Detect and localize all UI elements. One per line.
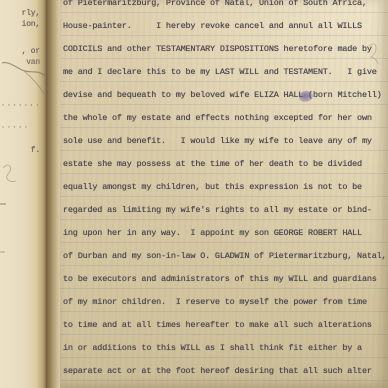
typed-line: regarded as limiting my wife's rights to… — [63, 199, 388, 222]
previous-page-text-fragment: ion, — [22, 20, 40, 29]
typed-line: in or additions to this WILL as I shall … — [63, 337, 388, 360]
typed-text-block: of Pietermaritzburg, Province of Natal, … — [63, 0, 388, 383]
page-edge-mark — [0, 203, 6, 205]
previous-page-text-fragment: , or — [22, 47, 40, 56]
will-page: of Pietermaritzburg, Province of Natal, … — [60, 0, 388, 388]
typed-line: separate act or at the foot hereof desir… — [63, 360, 388, 383]
typed-line: CODICILS and other TESTAMENTARY DISPOSIT… — [63, 38, 388, 61]
typed-line: ing upon her in any way. I appoint my so… — [63, 222, 388, 245]
typed-line: of Pietermaritzburg, Province of Natal, … — [63, 0, 388, 15]
scanned-will-document-photo: rly, ion, , or van ······· ····· f. of P… — [0, 0, 388, 388]
typed-line: of Durban and my son-in-law O. GLADWIN o… — [63, 245, 388, 268]
typed-line: to be executors and administrators of th… — [63, 268, 388, 291]
dotted-leader: ····· — [1, 124, 30, 132]
page-edge-mark — [0, 251, 5, 253]
previous-page-text-fragment: rly, — [22, 9, 40, 18]
typed-line: the whole of my estate and effects nothi… — [63, 107, 388, 130]
previous-page-text-fragment: f. — [31, 146, 40, 155]
typed-line: estate she may possess at the time of he… — [63, 153, 388, 176]
previous-page-edge: rly, ion, , or van ······· ····· f. — [0, 0, 46, 388]
previous-page-text-fragment: van — [26, 58, 40, 67]
typed-line: of my minor children. I reserve to mysel… — [63, 291, 388, 314]
dotted-leader: ······· — [1, 102, 41, 110]
typed-line: House-painter. I hereby revoke cancel an… — [63, 15, 388, 38]
typed-line: to time and at all times hereafter to ma… — [63, 314, 388, 337]
book-gutter-shadow — [46, 0, 60, 388]
typed-line: equally amongst my children, but this ex… — [63, 176, 388, 199]
typed-line: me and I declare this to be my LAST WILL… — [63, 61, 388, 84]
typed-line: devise and bequeath to my beloved wife E… — [63, 84, 388, 107]
typed-line: sole use and benefit. I would like my wi… — [63, 130, 388, 153]
